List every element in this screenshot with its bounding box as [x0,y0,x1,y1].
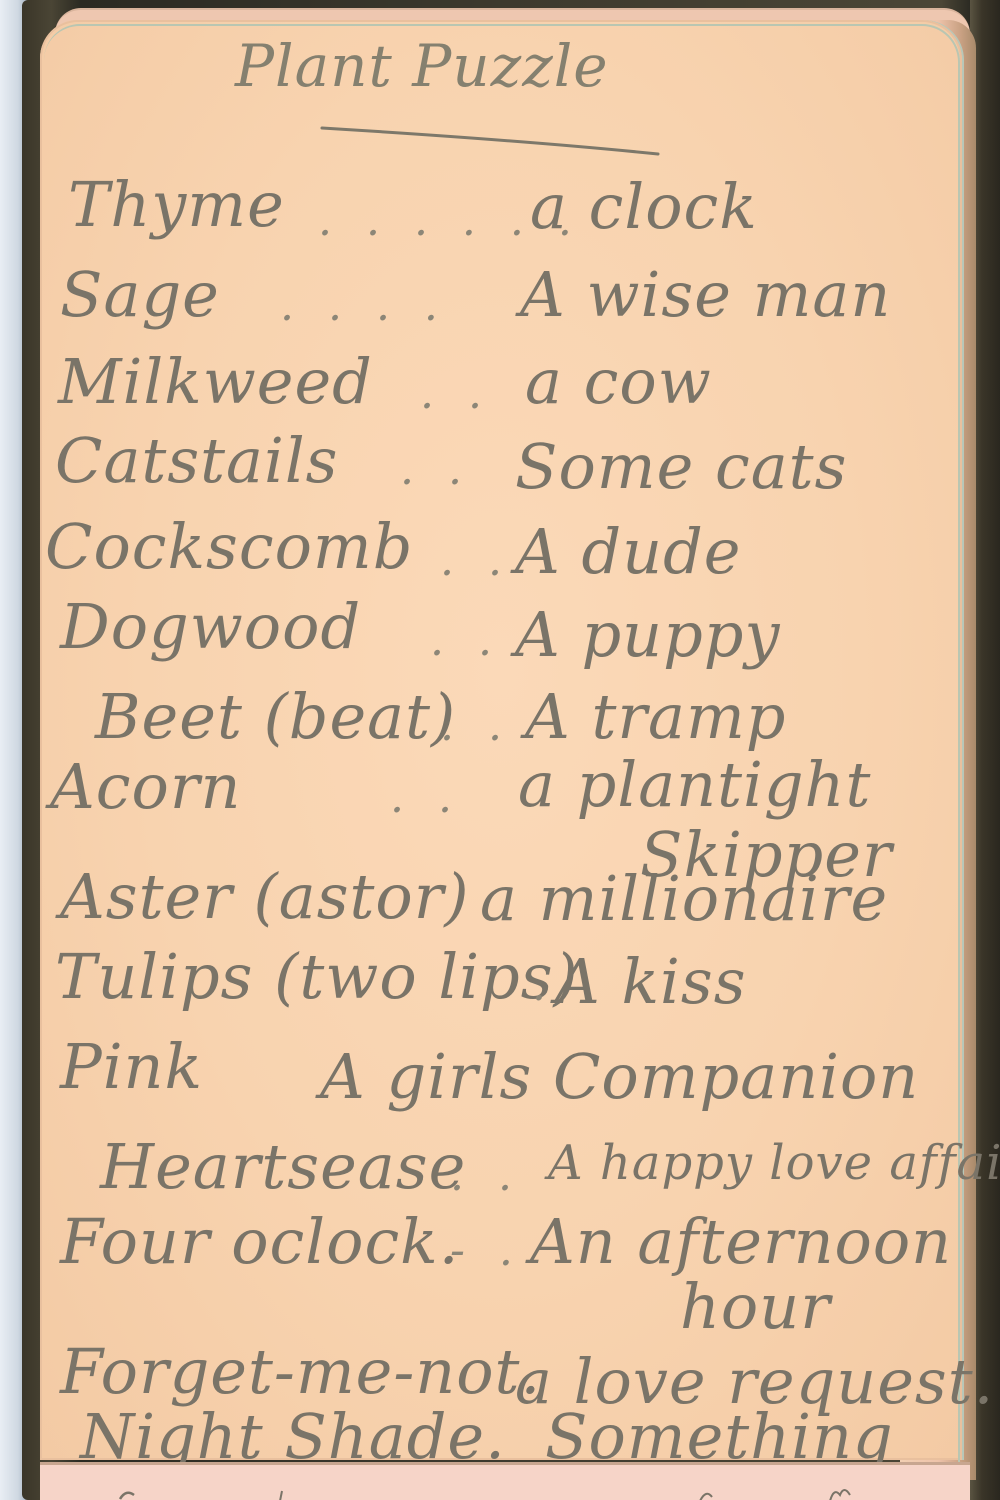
entry-separator: . . [430,615,502,666]
entry-separator: . . [440,535,512,586]
plant-meaning: a plantight [518,748,871,821]
plant-meaning: An afternoon [530,1205,952,1278]
plant-meaning: A tramp [525,680,786,753]
entry-separator: - . [450,1225,523,1276]
plant-meaning-continued: hour [680,1270,831,1343]
plant-meaning: A kiss [555,945,747,1018]
title-underline [320,124,660,158]
plant-name: Four oclock. [60,1205,459,1278]
plant-name: Acorn [50,750,241,823]
plant-name: Forget-me-not. [60,1335,541,1408]
page-title: Plant Puzzle [235,32,609,100]
next-page-edge [40,1462,970,1500]
entry-separator: . [532,960,556,1011]
entry-separator: . . . . [280,280,448,331]
entry-separator: . . [390,772,462,823]
plant-name: Dogwood [60,590,361,663]
plant-meaning: Some cats [515,430,847,503]
plant-name: Heartsease [100,1130,466,1203]
entry-separator: . . [400,444,472,495]
plant-name: Milkweed [58,345,373,418]
plant-meaning: A puppy [515,598,781,671]
plant-meaning: a clock [530,170,758,243]
plant-meaning: A wise man [520,258,891,331]
plant-meaning: A happy love affair [548,1135,1000,1191]
plant-name: Sage [60,258,220,331]
next-page-handwriting-fragment [40,1465,970,1500]
plant-name: Thyme [68,168,285,241]
plant-name: Beet (beat) [95,680,456,753]
plant-name: Pink [60,1030,203,1103]
plant-meaning: A dude [515,515,741,588]
plant-name: Tulips (two lips) [55,940,579,1013]
plant-name: Cockscomb [45,510,413,583]
plant-name: Catstails [55,424,339,497]
entry-separator: . . [440,700,512,751]
entry-separator: . . [450,1150,522,1201]
plant-meaning: a cow [525,345,712,418]
plant-meaning: a millionaire [480,862,888,935]
plant-name: Aster (astor) [60,860,470,933]
plant-meaning: A girls Companion [320,1040,919,1113]
entry-separator: . . [420,368,492,419]
